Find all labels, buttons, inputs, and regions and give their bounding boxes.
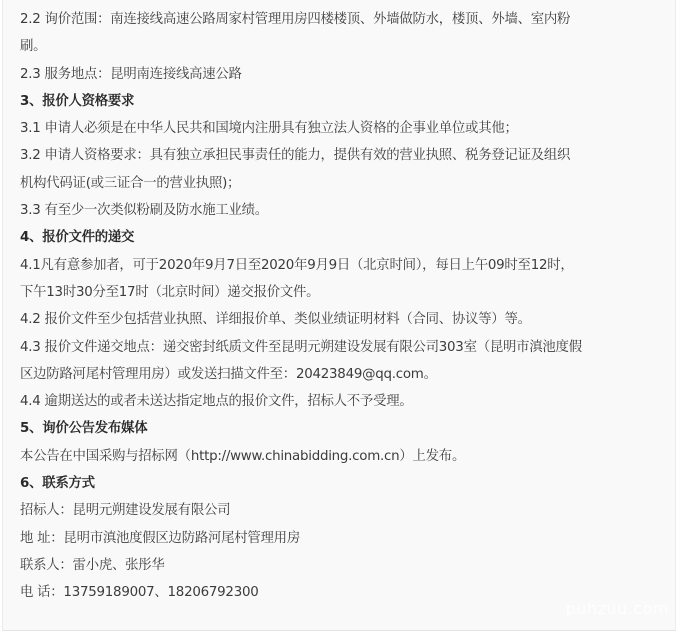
qualification-3-1: 3.1 申请人必须是在中华人民共和国境内注册具有独立法人资格的企事业单位或其他；: [20, 115, 665, 142]
announcement-body: 2.2 询价范围：南连接线高速公路周家村管理用房四楼楼顶、外墙做防水，楼顶、外墙…: [20, 6, 665, 607]
contact-tenderer: 招标人：昆明元朔建设发展有限公司: [20, 497, 665, 524]
qualification-3-2-line-2: 机构代码证(或三证合一的营业执照)；: [20, 170, 665, 197]
watermark: puhzuu.com: [566, 599, 669, 618]
scope-line-1: 2.2 询价范围：南连接线高速公路周家村管理用房四楼楼顶、外墙做防水，楼顶、外墙…: [20, 6, 665, 33]
qualification-3-3: 3.3 有至少一次类似粉刷及防水施工业绩。: [20, 197, 665, 224]
section-heading-contact: 6、联系方式: [20, 470, 665, 497]
section-heading-media: 5、询价公告发布媒体: [20, 415, 665, 442]
contact-address: 地 址：昆明市滇池度假区边防路河尾村管理用房: [20, 525, 665, 552]
submission-4-3-line-1: 4.3 报价文件递交地点：递交密封纸质文件至昆明元朔建设发展有限公司303室（昆…: [20, 334, 665, 361]
announcement-panel: 2.2 询价范围：南连接线高速公路周家村管理用房四楼楼顶、外墙做防水，楼顶、外墙…: [2, 0, 676, 631]
media-line: 本公告在中国采购与招标网（http://www.chinabidding.com…: [20, 443, 665, 470]
submission-4-1-line-1: 4.1凡有意参加者，可于2020年9月7日至2020年9月9日（北京时间），每日…: [20, 252, 665, 279]
submission-4-1-line-2: 下午13时30分至17时（北京时间）递交报价文件。: [20, 279, 665, 306]
qualification-3-2-line-1: 3.2 申请人资格要求：具有独立承担民事责任的能力，提供有效的营业执照、税务登记…: [20, 142, 665, 169]
submission-4-3-line-2: 区边防路河尾村管理用房）或发送扫描文件至：20423849@qq.com。: [20, 361, 665, 388]
submission-4-4: 4.4 逾期送达的或者未送达指定地点的报价文件，招标人不予受理。: [20, 388, 665, 415]
service-location-line: 2.3 服务地点：昆明南连接线高速公路: [20, 61, 665, 88]
section-heading-submission: 4、报价文件的递交: [20, 224, 665, 251]
contact-persons: 联系人：雷小虎、张彤华: [20, 552, 665, 579]
section-heading-qualifications: 3、报价人资格要求: [20, 88, 665, 115]
scope-line-2: 刷。: [20, 33, 665, 60]
submission-4-2: 4.2 报价文件至少包括营业执照、详细报价单、类似业绩证明材料（合同、协议等）等…: [20, 306, 665, 333]
bottom-divider: [0, 631, 680, 638]
